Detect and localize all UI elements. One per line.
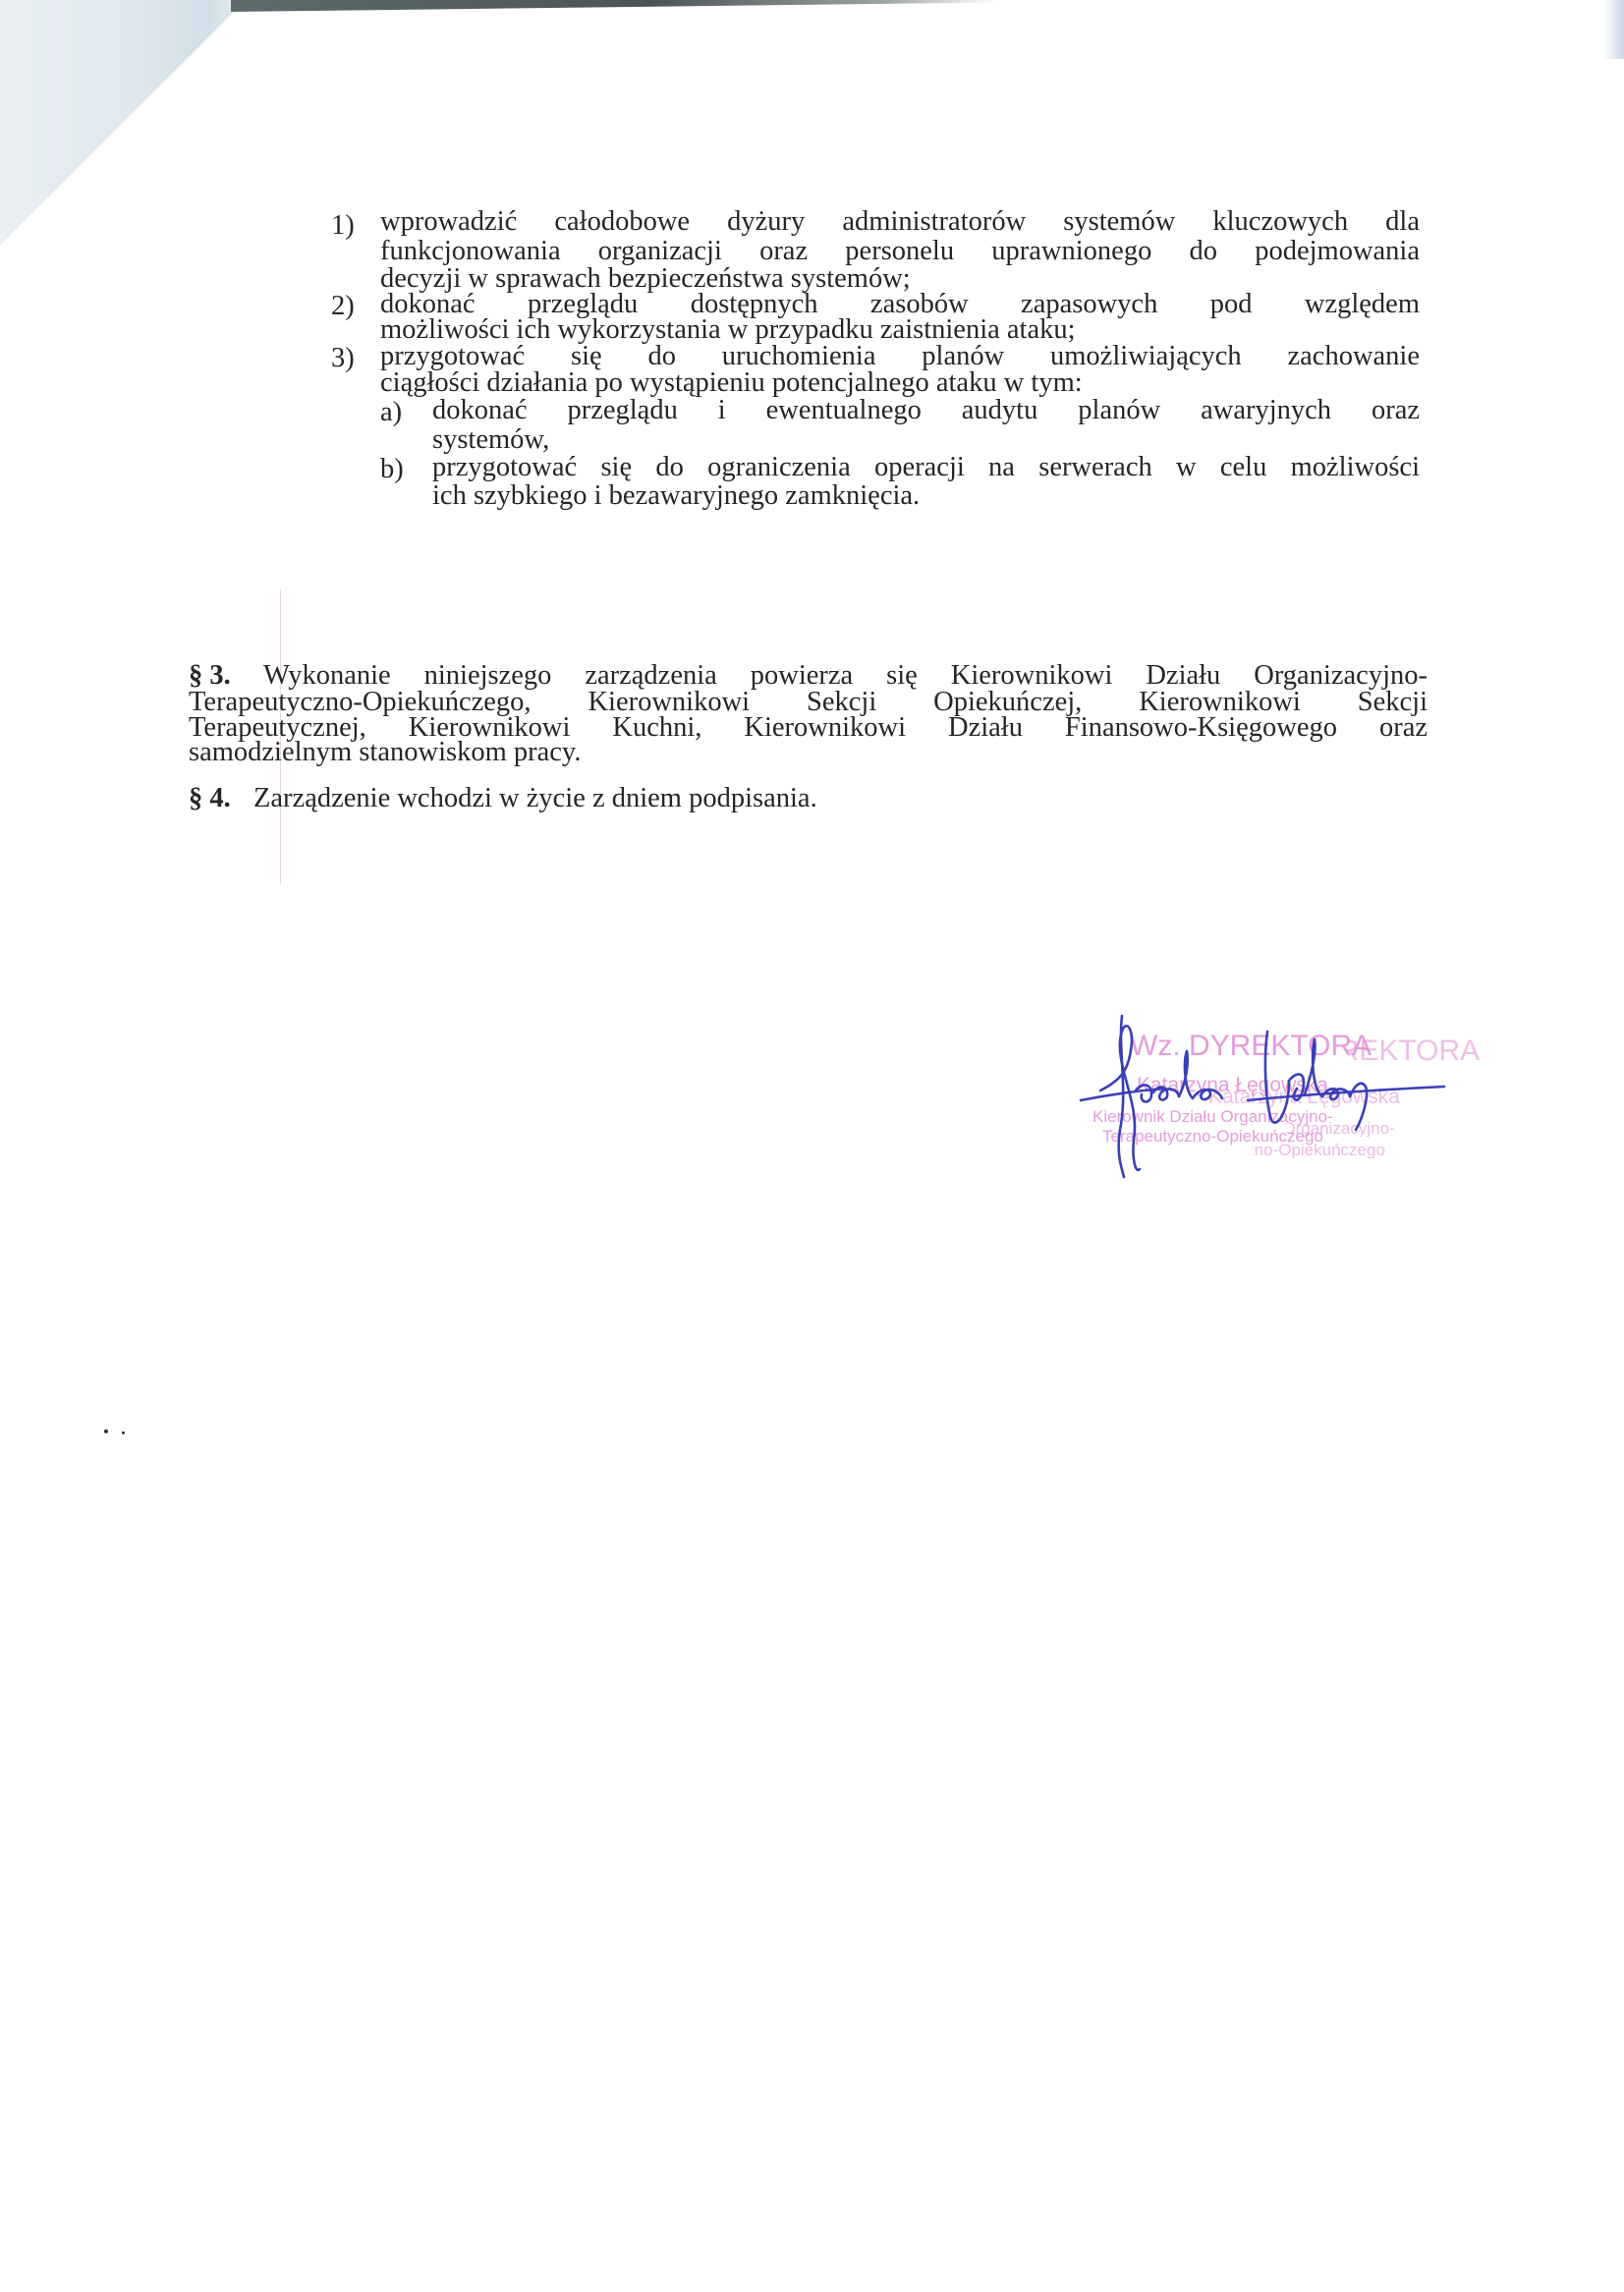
list-number: 2) (331, 293, 355, 321)
sub-letter: a) (380, 399, 402, 427)
list-line: ciągłości działania po wystąpieniu poten… (380, 369, 1083, 398)
sub-line: ich szybkiego i bezawaryjnego zamknięcia… (432, 482, 920, 511)
list-line: funkcjonowania organizacji oraz personel… (380, 238, 1420, 266)
scan-shadow-top (231, 0, 997, 12)
scan-speck (122, 1431, 125, 1434)
scan-speck (104, 1429, 108, 1433)
scan-shadow-right (1602, 0, 1624, 59)
sub-letter: b) (380, 456, 404, 484)
sub-line: dokonać przeglądu i ewentualnego audytu … (432, 397, 1420, 425)
list-number: 1) (331, 212, 355, 241)
section-line: samodzielnym stanowiskom pracy. (189, 739, 581, 767)
section-mark: § 4. (189, 785, 231, 813)
sub-line: systemów, (432, 426, 549, 455)
scan-shadow-corner (0, 0, 246, 246)
list-line: wprowadzić całodobowe dyżury administrat… (380, 208, 1420, 237)
section-text: Zarządzenie wchodzi w życie z dniem podp… (253, 785, 817, 813)
signature (1071, 1012, 1464, 1189)
sub-line: przygotować się do ograniczenia operacji… (432, 454, 1420, 482)
list-number: 3) (331, 345, 355, 373)
